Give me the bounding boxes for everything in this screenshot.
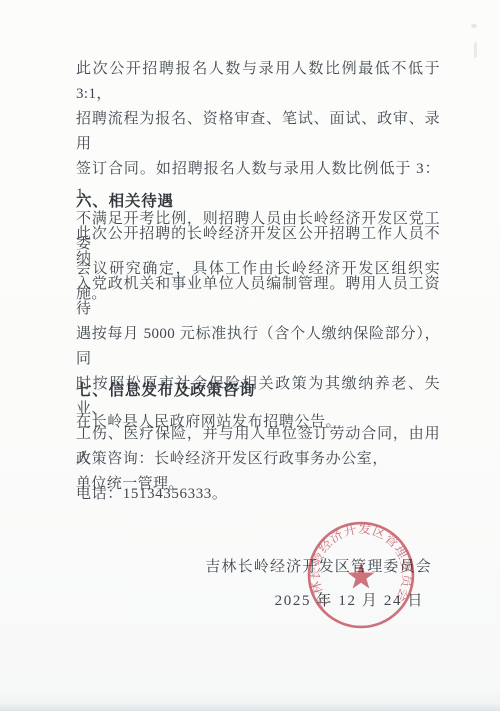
line-announcement-site: 在长岭县人民政府网站发布招聘公告。 [76,414,456,431]
scanned-document-page: 此次公开招聘报名人数与录用人数比例最低不低于 3:1， 招聘流程为报名、资格审查… [0,0,500,711]
section-heading-benefits: 六、相关待遇 [76,193,440,210]
section-heading-info-policy: 七、信息发布及政策咨询 [76,382,440,399]
seal-star-icon [347,563,374,589]
line-policy-consult: 政策咨询：长岭经济开发区行政事务办公室， [76,451,456,468]
scan-artifact-dot [471,24,477,28]
scan-artifact-streak [474,42,477,58]
official-seal-graphic: 吉林长岭经济开发区管理委员会 [306,520,416,630]
page-bottom-edge [0,704,500,711]
official-seal: 吉林长岭经济开发区管理委员会 [306,520,416,630]
line-phone-number: 电话：15134356333。 [76,486,456,503]
